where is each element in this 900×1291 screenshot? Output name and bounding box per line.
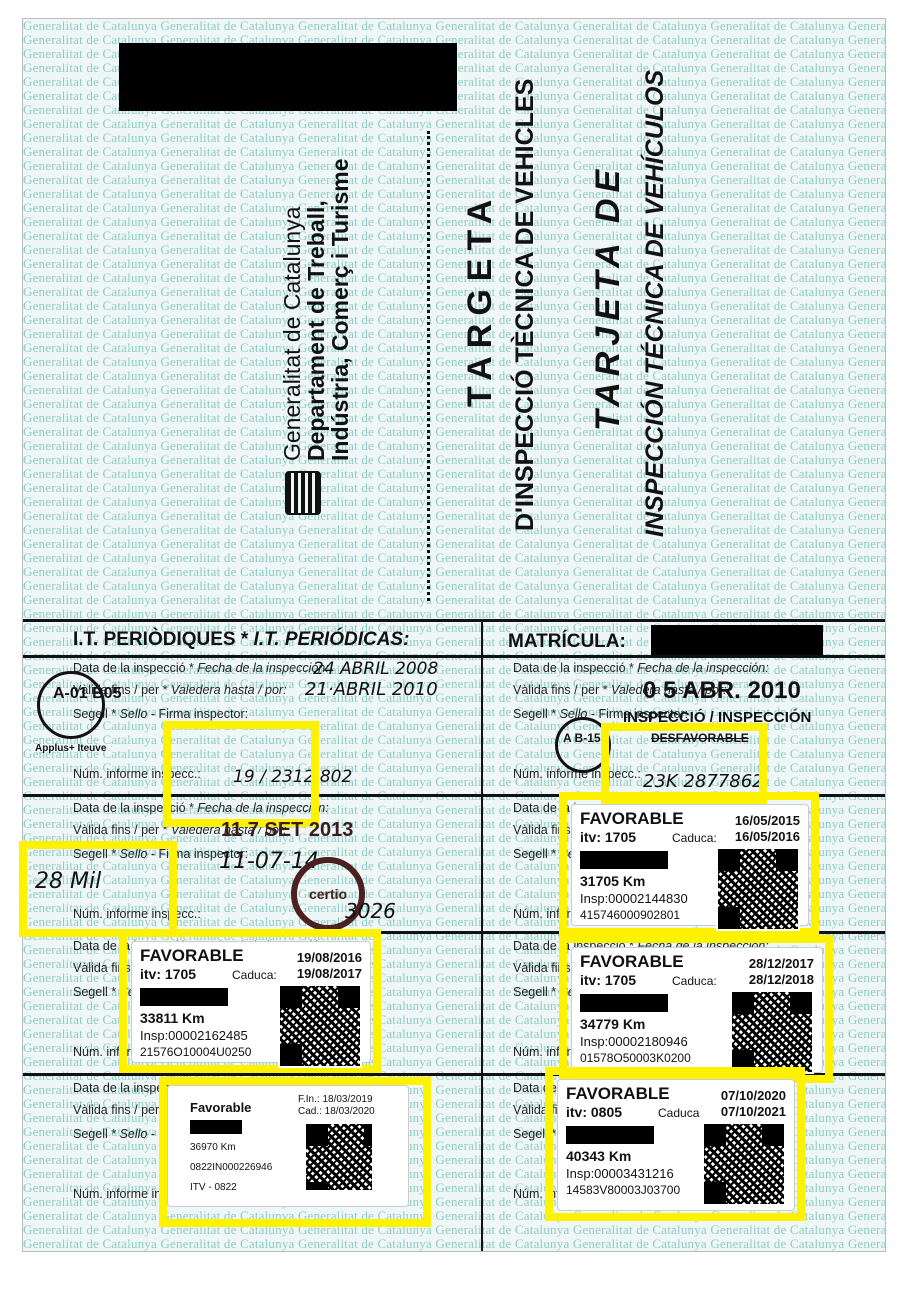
title-spanish-main: TARJETA DE — [589, 164, 628, 431]
valid-until-stamp: 0 5 ABR. 2010 — [643, 677, 801, 705]
redacted-owner — [119, 43, 457, 111]
divider — [23, 619, 885, 622]
expires-label: Caduca: — [232, 968, 277, 982]
inspection-sticker: Favorable F.In.: 18/03/2019 Cad.: 18/03/… — [167, 1085, 409, 1207]
result-label: Favorable — [190, 1100, 251, 1115]
column-divider — [481, 619, 483, 1251]
inspection-date: 28/12/2017 — [749, 956, 814, 971]
result-label: FAVORABLE — [580, 809, 684, 829]
result-label: FAVORABLE — [140, 946, 244, 966]
itv-station: itv: 1705 — [580, 972, 636, 988]
inspection-number: Insp:00002144830 — [580, 891, 688, 906]
expiry-date: 28/12/2018 — [749, 972, 814, 987]
inspection-code: 01578O50003K0200 — [580, 1051, 691, 1065]
inspection-card: Generalitat de Catalunya Generalitat de … — [22, 18, 886, 1252]
inspection-date: 07/10/2020 — [721, 1088, 786, 1103]
expires-label: Caduca: — [672, 831, 717, 845]
inspection-code: 21576O10004U0250 — [140, 1045, 251, 1059]
redacted-field — [566, 1126, 654, 1144]
inspection-sticker: FAVORABLE 19/08/2016 itv: 1705 Caduca: 1… — [131, 941, 371, 1063]
inspection-code: 0822IN000226946 — [190, 1162, 272, 1173]
inspection-sticker: FAVORABLE 16/05/2015 itv: 1705 Caduca: 1… — [571, 804, 809, 926]
divider — [23, 655, 885, 658]
handwritten-valid-until: 21·ABRIL 2010 — [305, 679, 438, 700]
periodic-inspections-heading: I.T. PERIÒDIQUES * I.T. PERIÓDICAS: — [73, 629, 409, 651]
itv-station: itv: 0805 — [566, 1104, 622, 1120]
expires-label: Caduca — [658, 1106, 699, 1120]
issuer-line3: Indústria, Comerç i Turisme — [327, 159, 354, 461]
qr-code-icon — [730, 990, 814, 1074]
title-catalan-main: TARGETA — [461, 192, 500, 407]
redacted-field — [580, 851, 668, 869]
expiry-date: 16/05/2016 — [735, 829, 800, 844]
stamp-text: Applus+ Iteuve — [35, 743, 106, 754]
expiry-date: 07/10/2021 — [721, 1104, 786, 1119]
catalonia-crest-icon — [285, 471, 321, 515]
itv-station-stamp-icon — [37, 671, 105, 739]
odometer-km: 34779 Km — [580, 1016, 645, 1032]
odometer-km: 40343 Km — [566, 1148, 631, 1164]
redacted-field — [190, 1120, 242, 1134]
issuer-line1: Generalitat de Catalunya — [279, 207, 306, 461]
inspection-number: Insp:00002180946 — [580, 1034, 688, 1049]
expires-label: Caduca: — [672, 974, 717, 988]
title-spanish-sub: INSPECCIÓN TÉCNICA DE VEHÍCULOS — [641, 70, 670, 537]
qr-code-icon — [278, 984, 362, 1068]
qr-code-icon — [716, 847, 800, 931]
inspection-sticker: FAVORABLE 07/10/2020 itv: 0805 Caduca 07… — [557, 1079, 795, 1211]
inspection-code: 14583V80003J03700 — [566, 1183, 680, 1197]
qr-code-icon — [304, 1122, 374, 1192]
redacted-field — [140, 988, 228, 1006]
itv-station: ITV - 0822 — [190, 1182, 237, 1193]
result-label: FAVORABLE — [566, 1084, 670, 1104]
highlight-box — [163, 721, 319, 827]
inspection-number: Insp:00003431216 — [566, 1166, 674, 1181]
inspection-sticker: FAVORABLE 28/12/2017 itv: 1705 Caduca: 2… — [571, 947, 823, 1073]
date-label: Data de la inspecció * Fecha de la inspe… — [73, 661, 329, 675]
itv-station: itv: 1705 — [140, 966, 196, 982]
qr-code-icon — [702, 1122, 786, 1206]
expiry-date: 19/08/2017 — [297, 966, 362, 981]
handwritten-date: 24 ABRIL 2008 — [313, 659, 438, 679]
stamp-code: A-01 B05 — [53, 685, 121, 703]
redacted-field — [580, 994, 668, 1012]
plate-label: MATRÍCULA: — [508, 631, 626, 653]
odometer-km: 33811 Km — [140, 1010, 205, 1026]
title-catalan-sub: D'INSPECCIÓ TÈCNICA DE VEHICLES — [511, 79, 540, 531]
inspection-code: 415746000902801 — [580, 908, 680, 922]
odometer-km: 36970 Km — [190, 1142, 236, 1153]
inspection-date: 16/05/2015 — [735, 813, 800, 828]
inspection-date: F.In.: 18/03/2019 — [298, 1094, 373, 1105]
highlight-box — [19, 841, 177, 937]
inspection-date-stamp: 11 7 SET 2013 — [221, 819, 353, 842]
result-label: FAVORABLE — [580, 952, 684, 972]
itv-station: itv: 1705 — [580, 829, 636, 845]
inspection-number: Insp:00002162485 — [140, 1028, 248, 1043]
stamp-code: A B-15 — [563, 731, 601, 745]
handwritten-report-number: 3026 — [345, 899, 396, 923]
date-label: Data de la inspecció * Fecha de la inspe… — [513, 661, 769, 675]
redacted-plate — [651, 625, 823, 655]
inspection-date: 19/08/2016 — [297, 950, 362, 965]
odometer-km: 31705 Km — [580, 873, 645, 889]
fold-line — [427, 131, 430, 601]
expiry-date: Cad.: 18/03/2020 — [298, 1106, 375, 1117]
issuer-line2: Departament de Treball, — [303, 200, 330, 461]
